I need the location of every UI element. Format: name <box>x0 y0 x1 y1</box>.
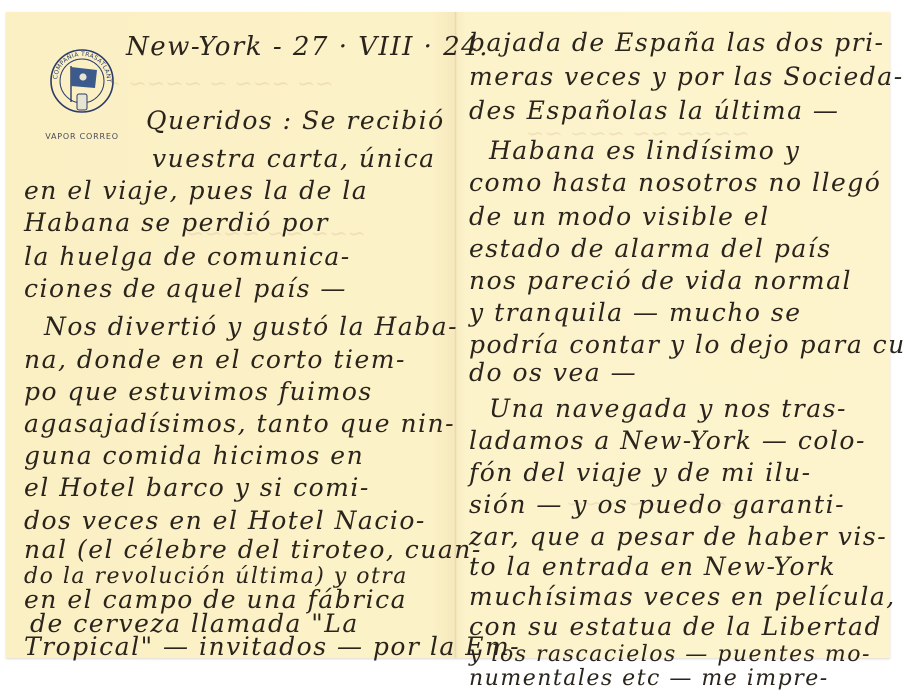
text-line: el Hotel barco y si comi- <box>24 473 370 503</box>
text-line: zar, que a pesar de haber vis- <box>469 522 887 552</box>
text-line: ciones de aquel país — <box>24 274 347 304</box>
text-line: nos pareció de vida normal <box>469 266 852 296</box>
letterhead-subtitle: VAPOR CORREO <box>30 132 134 141</box>
text-line: Tropical" — invitados — por la Em- <box>24 632 520 662</box>
text-line: po que estuvimos fuimos <box>24 377 373 407</box>
text-line: guna comida hicimos en <box>24 441 364 471</box>
text-line: la huelga de comunica- <box>24 242 351 272</box>
text-line: con su estatua de la Libertad <box>469 612 882 642</box>
text-line: to la entrada en New-York <box>469 552 836 582</box>
letter-sheet: ~~ ~~~ ~ ~~~~ ~~~ ~~~ ~~ ~~~~ ~~~~ ~~ ~~… <box>6 12 890 658</box>
text-line: des Españolas la última — <box>469 96 839 126</box>
right-page: bajada de España las dos pri- meras vece… <box>457 12 890 658</box>
text-line: bajada de España las dos pri- <box>469 28 885 58</box>
text-line: Queridos : Se recibió <box>146 106 445 136</box>
place-date: New-York - 27 · VIII · 24. <box>126 32 489 62</box>
left-page: COMPAÑIA TRASATLANTICA BARCELONA VAPOR C… <box>6 12 454 658</box>
text-line: numentales etc — me impre- <box>469 664 829 674</box>
text-line: Habana se perdió por <box>24 208 329 238</box>
text-line: Habana es lindísimo y <box>489 136 800 166</box>
text-line: y tranquila — mucho se <box>469 298 802 328</box>
text-line: ladamos a New-York — colo- <box>469 426 866 456</box>
text-line: Nos divertió y gustó la Haba- <box>44 312 458 342</box>
text-line: do os vea — <box>469 358 637 388</box>
text-line: en el viaje, pues la de la <box>24 176 368 206</box>
text-line: de un modo visible el <box>469 202 770 232</box>
text-line: dos veces en el Hotel Nacio- <box>24 506 426 536</box>
text-line: na, donde en el corto tiem- <box>24 345 406 375</box>
letterhead: COMPAÑIA TRASATLANTICA BARCELONA VAPOR C… <box>30 48 134 148</box>
shipping-company-seal-icon: COMPAÑIA TRASATLANTICA BARCELONA <box>47 48 117 118</box>
text-line: muchísimas veces en película, <box>469 582 896 612</box>
text-line: como hasta nosotros no llegó <box>469 168 881 198</box>
text-line: meras veces y por las Socieda- <box>469 62 904 92</box>
text-line: Una navegada y nos tras- <box>489 394 847 424</box>
text-line: sión — y os puedo garanti- <box>469 490 845 520</box>
text-line: vuestra carta, única <box>152 144 436 174</box>
text-line: nal (el célebre del tiroteo, cuan- <box>24 535 482 565</box>
text-line: agasajadísimos, tanto que nin- <box>24 409 455 439</box>
text-line: fón del viaje y de mi ilu- <box>469 458 812 488</box>
text-line: podría contar y lo dejo para cuan- <box>469 330 905 360</box>
text-line: estado de alarma del país <box>469 234 832 264</box>
